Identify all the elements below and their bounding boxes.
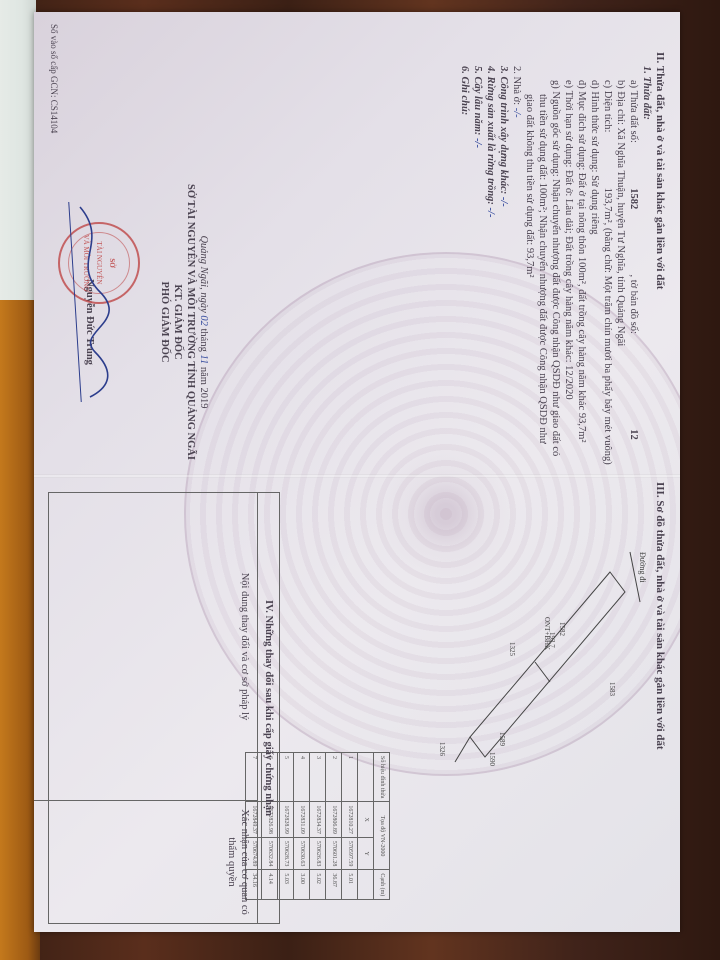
place-date: Quảng Ngãi, ngày 02 tháng 11 năm 2019 [197, 172, 210, 472]
table-row: 11672810.27570597.595.01 [342, 753, 358, 900]
table-cell: 1672806.89 [326, 802, 342, 838]
svg-text:1583: 1583 [608, 682, 616, 697]
svg-text:1590: 1590 [488, 752, 496, 767]
changes-content-column: Nội dung thay đổi và cơ sở pháp lý [34, 493, 257, 801]
on-behalf-of: KT. GIÁM ĐỐC [171, 172, 184, 472]
certificate-page: II. Thửa đất, nhà ở và tài sản khác gắn … [34, 12, 680, 932]
origin-line-3: giao đất không thu tiền sử dụng đất: 93,… [523, 52, 536, 462]
table-row: 41672831.09570630.633.00 [294, 753, 310, 900]
parcel-number: 1582 [628, 188, 639, 209]
authority-confirmation-column: Xác nhận của cơ quan có thẩm quyền [34, 801, 257, 923]
table-row: 21672806.89570601.2836.87 [326, 753, 342, 900]
origin-line-2: thu tiền sử dụng đất: 100m²; Nhận chuyển… [536, 52, 549, 462]
table-cell: 36.87 [326, 870, 342, 900]
rotated-content: II. Thửa đất, nhà ở và tài sản khác gắn … [34, 12, 680, 932]
svg-text:193.7: 193.7 [548, 632, 556, 648]
issuing-authority: SỞ TÀI NGUYÊN VÀ MÔI TRƯỜNG TỈNH QUẢNG N… [184, 172, 197, 472]
table-cell: 1672831.09 [294, 802, 310, 838]
forest-line: 4. Rừng sản xuất là rừng trồng: -/- [484, 52, 497, 462]
house-line: 2. Nhà ở: -/- [510, 52, 523, 462]
table-cell: 5.01 [342, 870, 358, 900]
term-line: e) Thời hạn sử dụng: Đất ở: Lâu dài; Đất… [562, 52, 575, 462]
parcel-label: a) Thửa đất số: [628, 80, 639, 143]
table-cell: 5.02 [310, 870, 326, 900]
signer-position: PHÓ GIÁM ĐỐC [158, 172, 171, 472]
parcel-number-line: a) Thửa đất số: 1582 , tờ bản đồ số: 12 [627, 52, 640, 462]
table-cell: 570597.59 [342, 837, 358, 870]
section-iv-title: IV. Những thay đổi sau khi cấp giấy chứn… [257, 493, 279, 923]
table-cell: 570630.63 [294, 837, 310, 870]
handwritten-signature [60, 202, 120, 402]
registry-number: Số vào sổ cấp GCN: CS14104 [47, 24, 60, 133]
address-line: b) Địa chỉ: Xã Nghĩa Thuận, huyện Tư Ngh… [614, 52, 627, 462]
svg-text:1326: 1326 [438, 742, 446, 757]
purpose-line: đ) Mục đích sử dụng: Đất ở tại nông thôn… [575, 52, 588, 462]
table-cell: 2 [326, 753, 342, 802]
area-line: c) Diện tích: 193,7m², (bằng chữ: Một tr… [601, 52, 614, 462]
perennial-line: 5. Cây lâu năm: -/- [471, 52, 484, 462]
area-value: 193,7m², (bằng chữ: Một trăm chín mươi b… [602, 188, 613, 465]
map-number: 12 [628, 429, 639, 440]
section-ii-title: II. Thửa đất, nhà ở và tài sản khác gắn … [653, 52, 666, 462]
origin-line-1: g) Nguồn gốc sử dụng: Nhận chuyển nhượng… [549, 52, 562, 462]
land-heading: 1. Thửa đất: [640, 52, 653, 462]
table-cell: 3 [310, 753, 326, 802]
table-cell: 4 [294, 753, 310, 802]
svg-text:1325: 1325 [508, 642, 516, 657]
changes-table: IV. Những thay đổi sau khi cấp giấy chứn… [48, 492, 280, 924]
svg-text:1582: 1582 [558, 622, 566, 637]
table-cell: 1 [342, 753, 358, 802]
map-label: , tờ bản đồ số: [628, 274, 639, 334]
other-works-line: 3. Công trình xây dựng khác: -/- [497, 52, 510, 462]
table-row: 31672834.37570626.835.02 [310, 753, 326, 900]
notes-line: 6. Ghi chú: [458, 52, 471, 462]
table-cell: 1672810.27 [342, 802, 358, 838]
table-cell: 570626.83 [310, 837, 326, 870]
svg-text:Đường đi: Đường đi [638, 552, 647, 583]
table-cell: 3.00 [294, 870, 310, 900]
section-ii-half: II. Thửa đất, nhà ở và tài sản khác gắn … [34, 12, 680, 472]
table-cell: 1672834.37 [310, 802, 326, 838]
table-cell: 570601.28 [326, 837, 342, 870]
area-label: c) Diện tích: [602, 80, 613, 132]
svg-text:1589: 1589 [498, 732, 506, 747]
usage-form-line: d) Hình thức sử dụng: Sử dụng riêng [588, 52, 601, 462]
